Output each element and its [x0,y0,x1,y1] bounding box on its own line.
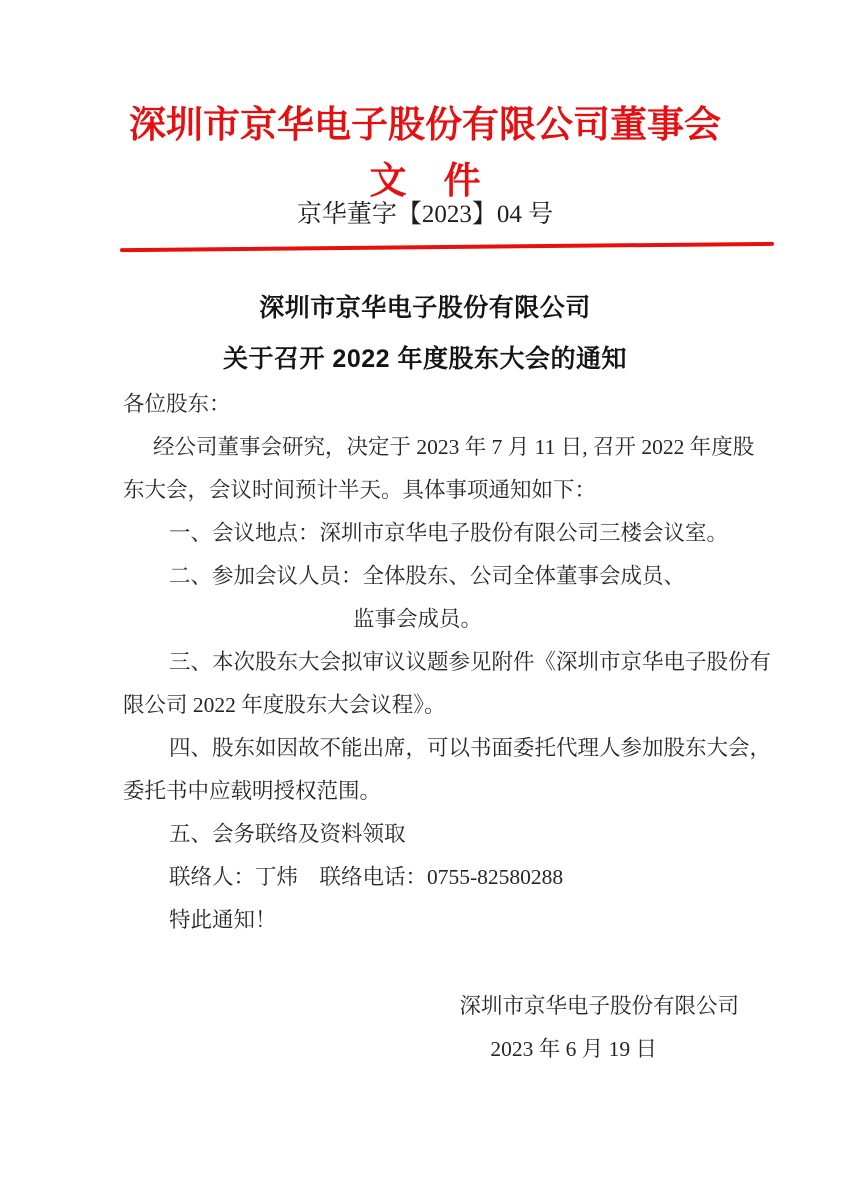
body-line-item-4-continued: 委托书中应载明授权范围。 [123,770,763,813]
body-line-item-5: 五、会务联络及资料领取 [123,813,763,856]
body-line: 东大会，会议时间预计半天。具体事项通知如下： [123,469,763,512]
body-line-item-1: 一、会议地点：深圳市京华电子股份有限公司三楼会议室。 [123,512,763,555]
notice-company-title: 深圳市京华电子股份有限公司 [0,288,850,324]
body-line-item-4: 四、股东如因故不能出席，可以书面委托代理人参加股东大会， [123,727,763,770]
signature-date: 2023 年 6 月 19 日 [0,1032,850,1063]
letterhead-org-title: 深圳市京华电子股份有限公司董事会 [0,100,850,152]
body-line-closing-note: 特此通知！ [123,899,763,942]
body-line-item-3: 三、本次股东大会拟审议议题参见附件《深圳市京华电子股份有 [123,641,763,684]
document-page: 深圳市京华电子股份有限公司董事会 文 件 京华董字【2023】04 号 深圳市京… [0,0,850,1202]
letterhead-divider-rule [120,242,774,252]
body-line-contact: 联络人：丁炜 联络电话：0755-82580288 [123,856,763,899]
body-line: 经公司董事会研究，决定于 2023 年 7 月 11 日, 召开 2022 年度… [123,426,763,469]
body-line-salutation: 各位股东： [123,383,763,426]
notice-body: 各位股东： 经公司董事会研究，决定于 2023 年 7 月 11 日, 召开 2… [123,383,763,942]
body-line-item-3-continued: 限公司 2022 年度股东大会议程》。 [123,684,763,727]
signature-company: 深圳市京华电子股份有限公司 [0,989,850,1020]
body-line-item-2-continued: 监事会成员。 [123,598,763,641]
document-number: 京华董字【2023】04 号 [0,199,850,231]
notice-subject-title: 关于召开 2022 年度股东大会的通知 [0,339,850,375]
body-line-item-2: 二、参加会议人员：全体股东、公司全体董事会成员、 [123,555,763,598]
